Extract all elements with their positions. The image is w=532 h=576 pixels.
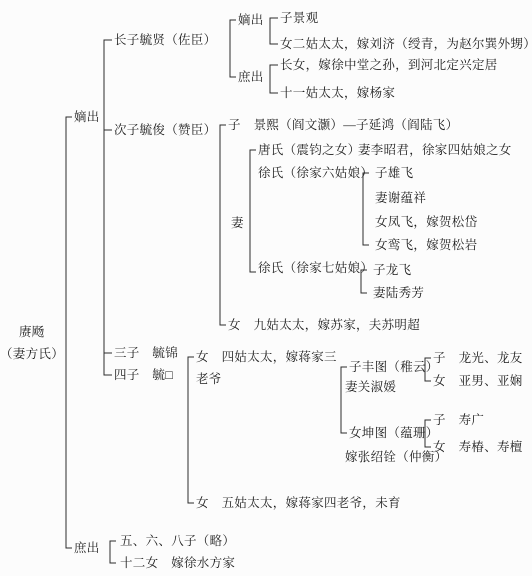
node-fengtu: 子丰图（稚云） [349,360,439,375]
node-luanfei: 女鸾飞，嫁贺松岩 [375,238,477,253]
node-eldest-daughter: 长女，嫁徐中堂之孙，到河北定兴定居 [280,58,498,73]
node-eleventh-aunt: 十一姑太太，嫁杨家 [280,86,395,101]
bracket-daughters [188,357,194,503]
node-fengtu-sons: 子 龙光、龙友 [433,351,523,366]
branch-label-legitimate: 嫡出 [74,110,100,125]
node-kuntu: 女坤图（蕴珊） [349,426,439,441]
node-kuntu-son: 子 寿广 [433,413,484,428]
bracket-eldest-concubine-children [270,65,278,93]
bracket-eldest-son-branches [230,20,236,77]
node-eldest-son: 长子毓贤（佐臣） [114,33,216,48]
node-longfei-wife: 妻陆秀芳 [373,286,424,301]
node-concubine-sons: 五、六、八子（略） [120,534,235,549]
node-son-jingguan: 子景观 [280,11,318,26]
node-fengfei: 女凤飞，嫁贺松岱 [375,215,477,230]
node-kuntu-daughters: 女 寿椿、寿檀 [433,440,523,455]
node-fourth-son: 四子 毓□ [114,368,173,383]
bracket-eldest-legitimate-children [270,18,278,44]
node-xiongfei-wife: 妻谢蕴祥 [375,191,426,206]
bracket-fourth-aunt-children [341,367,347,433]
root-wife-note: （妻方氏） [0,347,64,362]
node-second-son: 次子毓俊（赞臣） [114,123,216,138]
eldest-concubine-label: 庶出 [238,70,264,85]
node-fifth-aunt: 女 五姑太太，嫁蒋家四老爷，未育 [196,496,401,511]
node-fengtu-wife: 妻关淑媛 [345,380,396,395]
bracket-xu6-children [363,173,369,245]
node-longfei: 子龙飞 [373,263,411,278]
eldest-legitimate-label: 嫡出 [238,13,264,28]
node-third-son: 三子 毓锦 [114,346,178,361]
tree-connectors [0,0,532,576]
node-wife-xu-seventh: 徐氏（徐家七姑娘） [258,261,373,276]
root-name: 赓飏 [19,325,45,340]
node-xiongfei: 子雄飞 [375,166,413,181]
bracket-second-son-children [220,125,226,325]
node-fourth-aunt-line1: 女 四姑太太，嫁蒋家三 [196,350,337,365]
bracket-root [66,117,72,548]
node-yanhong-wife: 妻李昭君，徐家四姑娘之女 [358,143,512,158]
node-ninth-aunt: 女 九姑太太，嫁苏家，夫苏明超 [228,318,420,333]
family-tree-diagram: 赓飏 （妻方氏） 嫡出 庶出 长子毓贤（佐臣） 嫡出 子景观 女二姑太太，嫁刘济… [0,0,532,576]
bracket-concubine-children [110,541,116,563]
node-fengtu-daughters: 女 亚男、亚娴 [433,374,523,389]
bracket-wives [250,150,256,272]
node-wife-tang: 唐氏（震钧之女） [258,143,360,158]
node-wife-xu-sixth: 徐氏（徐家六姑娘） [258,166,373,181]
node-second-aunt: 女二姑太太，嫁刘济（绶青，为赵尔巽外甥） [280,37,532,52]
node-twelfth-daughter: 十二女 嫁徐水方家 [120,556,235,571]
node-jingxi-and-yanhong: 子 景熙（阎文灏）—子延鸿（阎陆飞） [228,118,458,133]
bracket-legitimate-sons [104,40,112,375]
wives-label: 妻 [231,216,244,231]
branch-label-concubine: 庶出 [74,541,100,556]
node-fourth-aunt-line2: 老爷 [196,372,222,387]
